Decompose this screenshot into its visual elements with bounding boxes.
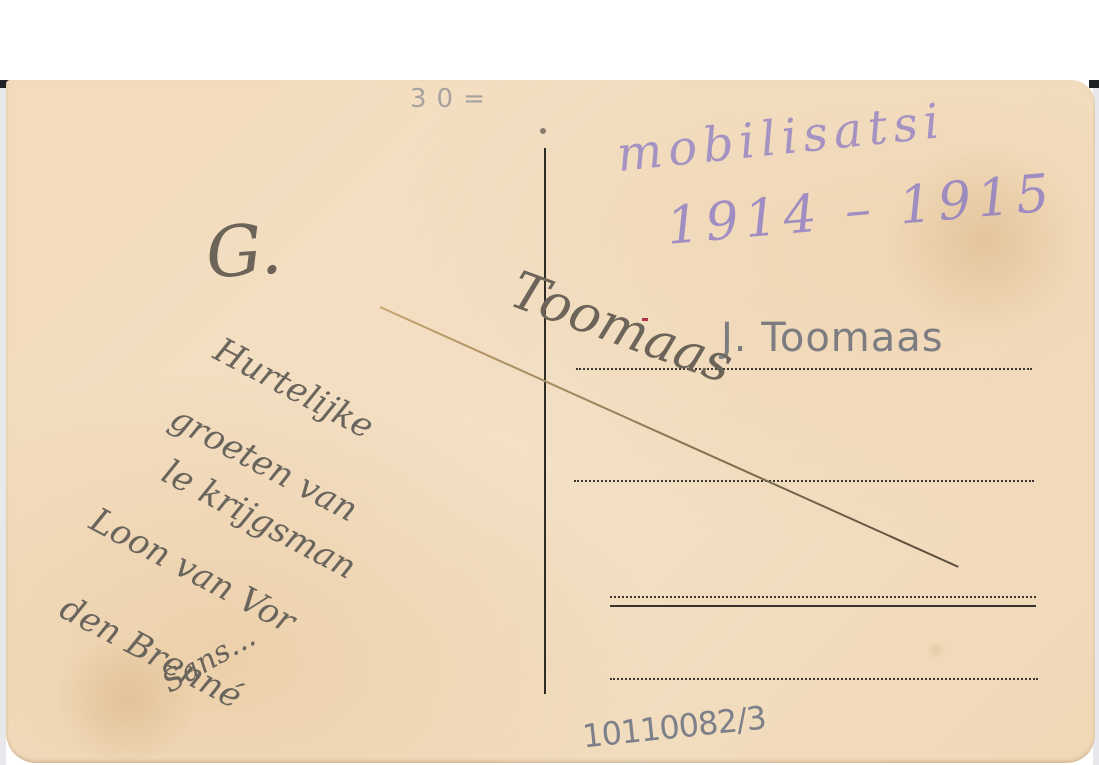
postcard: 30= mobilisatsi 1914 – 1915 J. Toomaas G…	[6, 80, 1095, 763]
catalog-number: 10110082/3	[581, 698, 768, 755]
address-line-4	[610, 678, 1038, 680]
signature-initial: G.	[203, 207, 284, 294]
scan-border-top-right	[1089, 80, 1099, 88]
divider-top-mark	[540, 128, 546, 134]
mobilization-title: mobilisatsi	[614, 93, 948, 183]
address-line-3	[610, 596, 1036, 598]
address-underline	[610, 605, 1036, 607]
paper-spot	[926, 640, 946, 660]
recipient-name-pencil: J. Toomaas	[721, 315, 944, 361]
center-divider-line	[544, 148, 546, 694]
address-line-2	[574, 480, 1034, 482]
recipient-name-ink: Toomaas	[503, 260, 741, 395]
top-pencil-number: 30=	[410, 84, 495, 114]
